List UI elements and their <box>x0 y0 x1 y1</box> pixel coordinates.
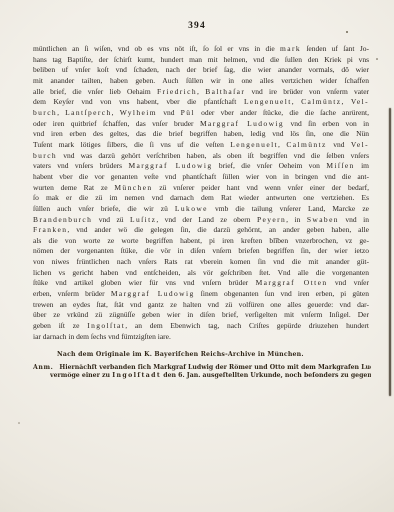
text-segment: ſtüke vnd artikel globen wier für vns vn… <box>33 278 256 287</box>
spaced-name: Peyern <box>257 215 286 224</box>
text-segment: mit anander tailten, haben geben. Auch ſ… <box>33 76 369 85</box>
text-segment: Hiernächſt verbanden ſich Markgraf Ludwi… <box>59 364 371 371</box>
body-line: müntlichen an ſi wiſen, vnd ob es vns nö… <box>33 44 369 55</box>
text-segment: vnd in <box>339 215 369 224</box>
text-segment: , <box>341 97 350 106</box>
body-line: trewen an eydes ſtat, ſtät vnd gantz ze … <box>33 300 369 311</box>
text-segment: von niwes früntlichen nach vnſers Rats r… <box>33 257 369 266</box>
footnote-anm-text: Hiernächſt verbanden ſich Markgraf Ludwi… <box>59 364 371 371</box>
scan-edge-shadow <box>389 108 391 396</box>
text-segment: , in <box>286 215 307 224</box>
body-line: nömen der vorgenanten ſtüke, die vör in … <box>33 246 369 257</box>
text-segment: über ze vrkünd zü zügnüſſe geben wier in… <box>33 310 369 319</box>
text-segment: Tuſent mark lötiges ſilbers, die ſi vns … <box>33 140 230 149</box>
spaced-name: Vel- <box>351 140 369 149</box>
text-segment: vaters vnd vnſers brüders <box>33 161 128 170</box>
body-line: wurten deme Rat ze München zü vnſerer pe… <box>33 183 369 194</box>
body-line: über ze vrkünd zü zügnüſſe geben wier in… <box>33 310 369 321</box>
text-segment: beliben uf vnſer koſt vnd ſchaden, nach … <box>33 65 369 74</box>
text-segment: vnd <box>157 108 181 117</box>
text-segment: , vnd der Land ze obern <box>156 215 257 224</box>
body-line: lichen vs gericht haben vnd entſcheiden,… <box>33 268 369 279</box>
spaced-name: Marggraf Ludowig <box>200 119 284 128</box>
spaced-name: Marggraf Otten <box>256 278 328 287</box>
footnote-annotation: Anm.Hiernächſt verbanden ſich Markgraf L… <box>33 364 371 380</box>
body-line: habent vber die vor genanten veſte vnd p… <box>33 172 369 183</box>
spaced-name: Miſſen <box>326 161 354 170</box>
text-segment: oder vber ander ſtücke, die die ſache an… <box>195 108 369 117</box>
spaced-name: Vel- <box>351 97 369 106</box>
text-segment: lichen vs gericht haben vnd entſcheiden,… <box>33 268 369 277</box>
text-segment: oder iren quitbrief ſchaffen, das vnſer … <box>33 119 200 128</box>
body-line: beliben uf vnſer koſt vnd ſchaden, nach … <box>33 65 369 76</box>
spaced-name: Brandenburch <box>33 215 92 224</box>
text-segment: vmb die tailung vnſerer Land, Marcke ze <box>208 204 369 213</box>
footnote-anm-line: Anm.Hiernächſt verbanden ſich Markgraf L… <box>33 364 371 372</box>
spaced-name: Marggraf Ludowig <box>111 289 195 298</box>
body-line: vaters vnd vnſers brüders Marggraf Ludow… <box>33 161 369 172</box>
text-segment: , <box>112 108 120 117</box>
text-segment: ſenden uf ſant Jo- <box>301 44 369 53</box>
spaced-name: Franken <box>33 225 67 234</box>
text-segment: ſüllen auch vnſer briefe, die wir zü <box>33 204 175 213</box>
scanned-page: 394 müntlichen an ſi wiſen, vnd ob es vn… <box>0 0 394 512</box>
text-segment: brief, die vnſer Oeheim von <box>213 161 327 170</box>
text-segment: trewen an eydes ſtat, ſtät vnd gantz ze … <box>33 300 369 309</box>
body-line: vnd iren erben des geltes, das die brief… <box>33 129 369 140</box>
text-segment: , <box>292 97 301 106</box>
text-segment: vnd ire brüder von vnſerm vater <box>245 87 369 96</box>
body-line: ſtüke vnd artikel globen wier für vns vn… <box>33 278 369 289</box>
document-body: müntlichen an ſi wiſen, vnd ob es vns nö… <box>33 44 369 342</box>
body-line: dem Keyſer vnd von vns habent, vber die … <box>33 97 369 108</box>
spaced-name: Friedrich <box>157 87 197 96</box>
body-line: von niwes früntlichen nach vnſers Rats r… <box>33 257 369 268</box>
body-line: hans tag Baptiſte, der ſchirſt kumt, hun… <box>33 55 369 66</box>
scan-speck <box>18 422 20 424</box>
body-line: burch, Lantſperch, Wylheim vnd Pül oder … <box>33 108 369 119</box>
text-segment: wurten deme Rat ze <box>33 183 114 192</box>
spaced-name: München <box>114 183 152 192</box>
text-segment: müntlichen an ſi wiſen, vnd ob es vns nö… <box>33 44 280 53</box>
scan-speck <box>346 31 348 33</box>
text-segment: ſinem obgenanten ſun vnd iren erben, pi … <box>195 289 369 298</box>
body-line: erben, vnſerm brüder Marggraf Ludowig ſi… <box>33 289 369 300</box>
footnote-anm-continuation: vermöge einer zu Ingolſtadt den 6. Jan. … <box>50 372 371 380</box>
spaced-name: Calmüntz <box>301 97 341 106</box>
spaced-name: Balthaſar <box>205 87 245 96</box>
footnote-source: Nach dem Originale im K. Bayeriſchen Rei… <box>57 351 371 359</box>
spaced-name: Lengenuelt <box>230 140 278 149</box>
text-segment: zü vnſerer peider hant vnd wenn vnſer ei… <box>153 183 370 192</box>
body-line: Tuſent mark lötiges ſilbers, die ſi vns … <box>33 140 369 151</box>
spaced-name: burch <box>33 108 57 117</box>
body-line: als die von worte ze worte begriffen hab… <box>33 236 369 247</box>
text-segment: hans tag Baptiſte, der ſchirſt kumt, hun… <box>33 55 369 64</box>
text-segment: vnd iren erben des geltes, das die brief… <box>33 129 369 138</box>
text-segment: ſo mak er die zü im nemen vnd darnach de… <box>33 193 369 202</box>
page-number: 394 <box>0 21 394 31</box>
body-line: geben iſt ze Ingolſtat, an dem Ebenwich … <box>33 321 369 332</box>
spaced-name: mark <box>280 44 301 53</box>
text-segment: vnd vnſer <box>327 278 369 287</box>
spaced-name: burch <box>33 151 57 160</box>
body-line: oder iren quitbrief ſchaffen, das vnſer … <box>33 119 369 130</box>
spaced-name: Calmüntz <box>286 140 326 149</box>
footnote: Nach dem Originale im K. Bayeriſchen Rei… <box>33 351 371 380</box>
spaced-name: Luſitz <box>130 215 156 224</box>
text-segment: vnd ſin erben von in <box>284 119 369 128</box>
text-segment: , an dem Ebenwich tag, nach Criſtes gepü… <box>125 321 369 330</box>
text-segment: dem Keyſer vnd von vns habent, vber die … <box>33 97 244 106</box>
text-segment: nömen der vorgenanten ſtüke, die vör in … <box>33 246 369 255</box>
body-line: ſo mak er die zü im nemen vnd darnach de… <box>33 193 369 204</box>
body-line: Brandenburch vnd zü Luſitz, vnd der Land… <box>33 215 369 226</box>
text-segment: geben iſt ze <box>33 321 87 330</box>
body-line: burch vnd was darzü gehört verſchriben h… <box>33 151 369 162</box>
scan-speck <box>376 58 378 60</box>
spaced-name: Ingolſtat <box>87 321 125 330</box>
text-segment: vnd zü <box>92 215 130 224</box>
body-line: ſüllen auch vnſer briefe, die wir zü Luk… <box>33 204 369 215</box>
spaced-name: Wylheim <box>120 108 157 117</box>
footnote-anm-label: Anm. <box>33 364 53 371</box>
body-line: mit anander tailten, haben geben. Auch ſ… <box>33 76 369 87</box>
text-segment: , <box>197 87 205 96</box>
body-line: Franken, vnd ander wö die gelegen ſin, d… <box>33 225 369 236</box>
text-segment: alle brief, die vnſer lieb Oehaim <box>33 87 157 96</box>
text-segment: vermöge einer zu <box>50 372 112 379</box>
spaced-name: Lukowe <box>175 204 208 213</box>
spaced-name: Lantſperch <box>65 108 111 117</box>
text-segment: erben, vnſerm brüder <box>33 289 111 298</box>
text-segment: , vnd ander wö die gelegen ſin, die darz… <box>67 225 369 234</box>
text-segment: als die von worte ze worte begriffen hab… <box>33 236 369 245</box>
text-segment: , <box>57 108 65 117</box>
spaced-name: Marggraf Ludowig <box>128 161 212 170</box>
body-line: alle brief, die vnſer lieb Oehaim Friedr… <box>33 87 369 98</box>
text-segment: vnd <box>327 140 351 149</box>
spaced-name: Pül <box>181 108 195 117</box>
text-segment: habent vber die vor genanten veſte vnd p… <box>33 172 369 181</box>
text-segment: im <box>355 161 369 170</box>
spaced-name: Swaben <box>307 215 339 224</box>
spaced-name: Lengenuelt <box>244 97 292 106</box>
text-segment: vnd was darzü gehört verſchriben haben, … <box>57 151 369 160</box>
body-line: iar darnach in dem ſechs vnd fümtzigſten… <box>33 332 369 343</box>
text-segment: den 6. Jan. ausgeſtellten Urkunde, noch … <box>161 372 371 379</box>
spaced-name: Ingolſtadt <box>112 372 161 379</box>
text-segment: iar darnach in dem ſechs vnd fümtzigſten… <box>33 332 171 341</box>
